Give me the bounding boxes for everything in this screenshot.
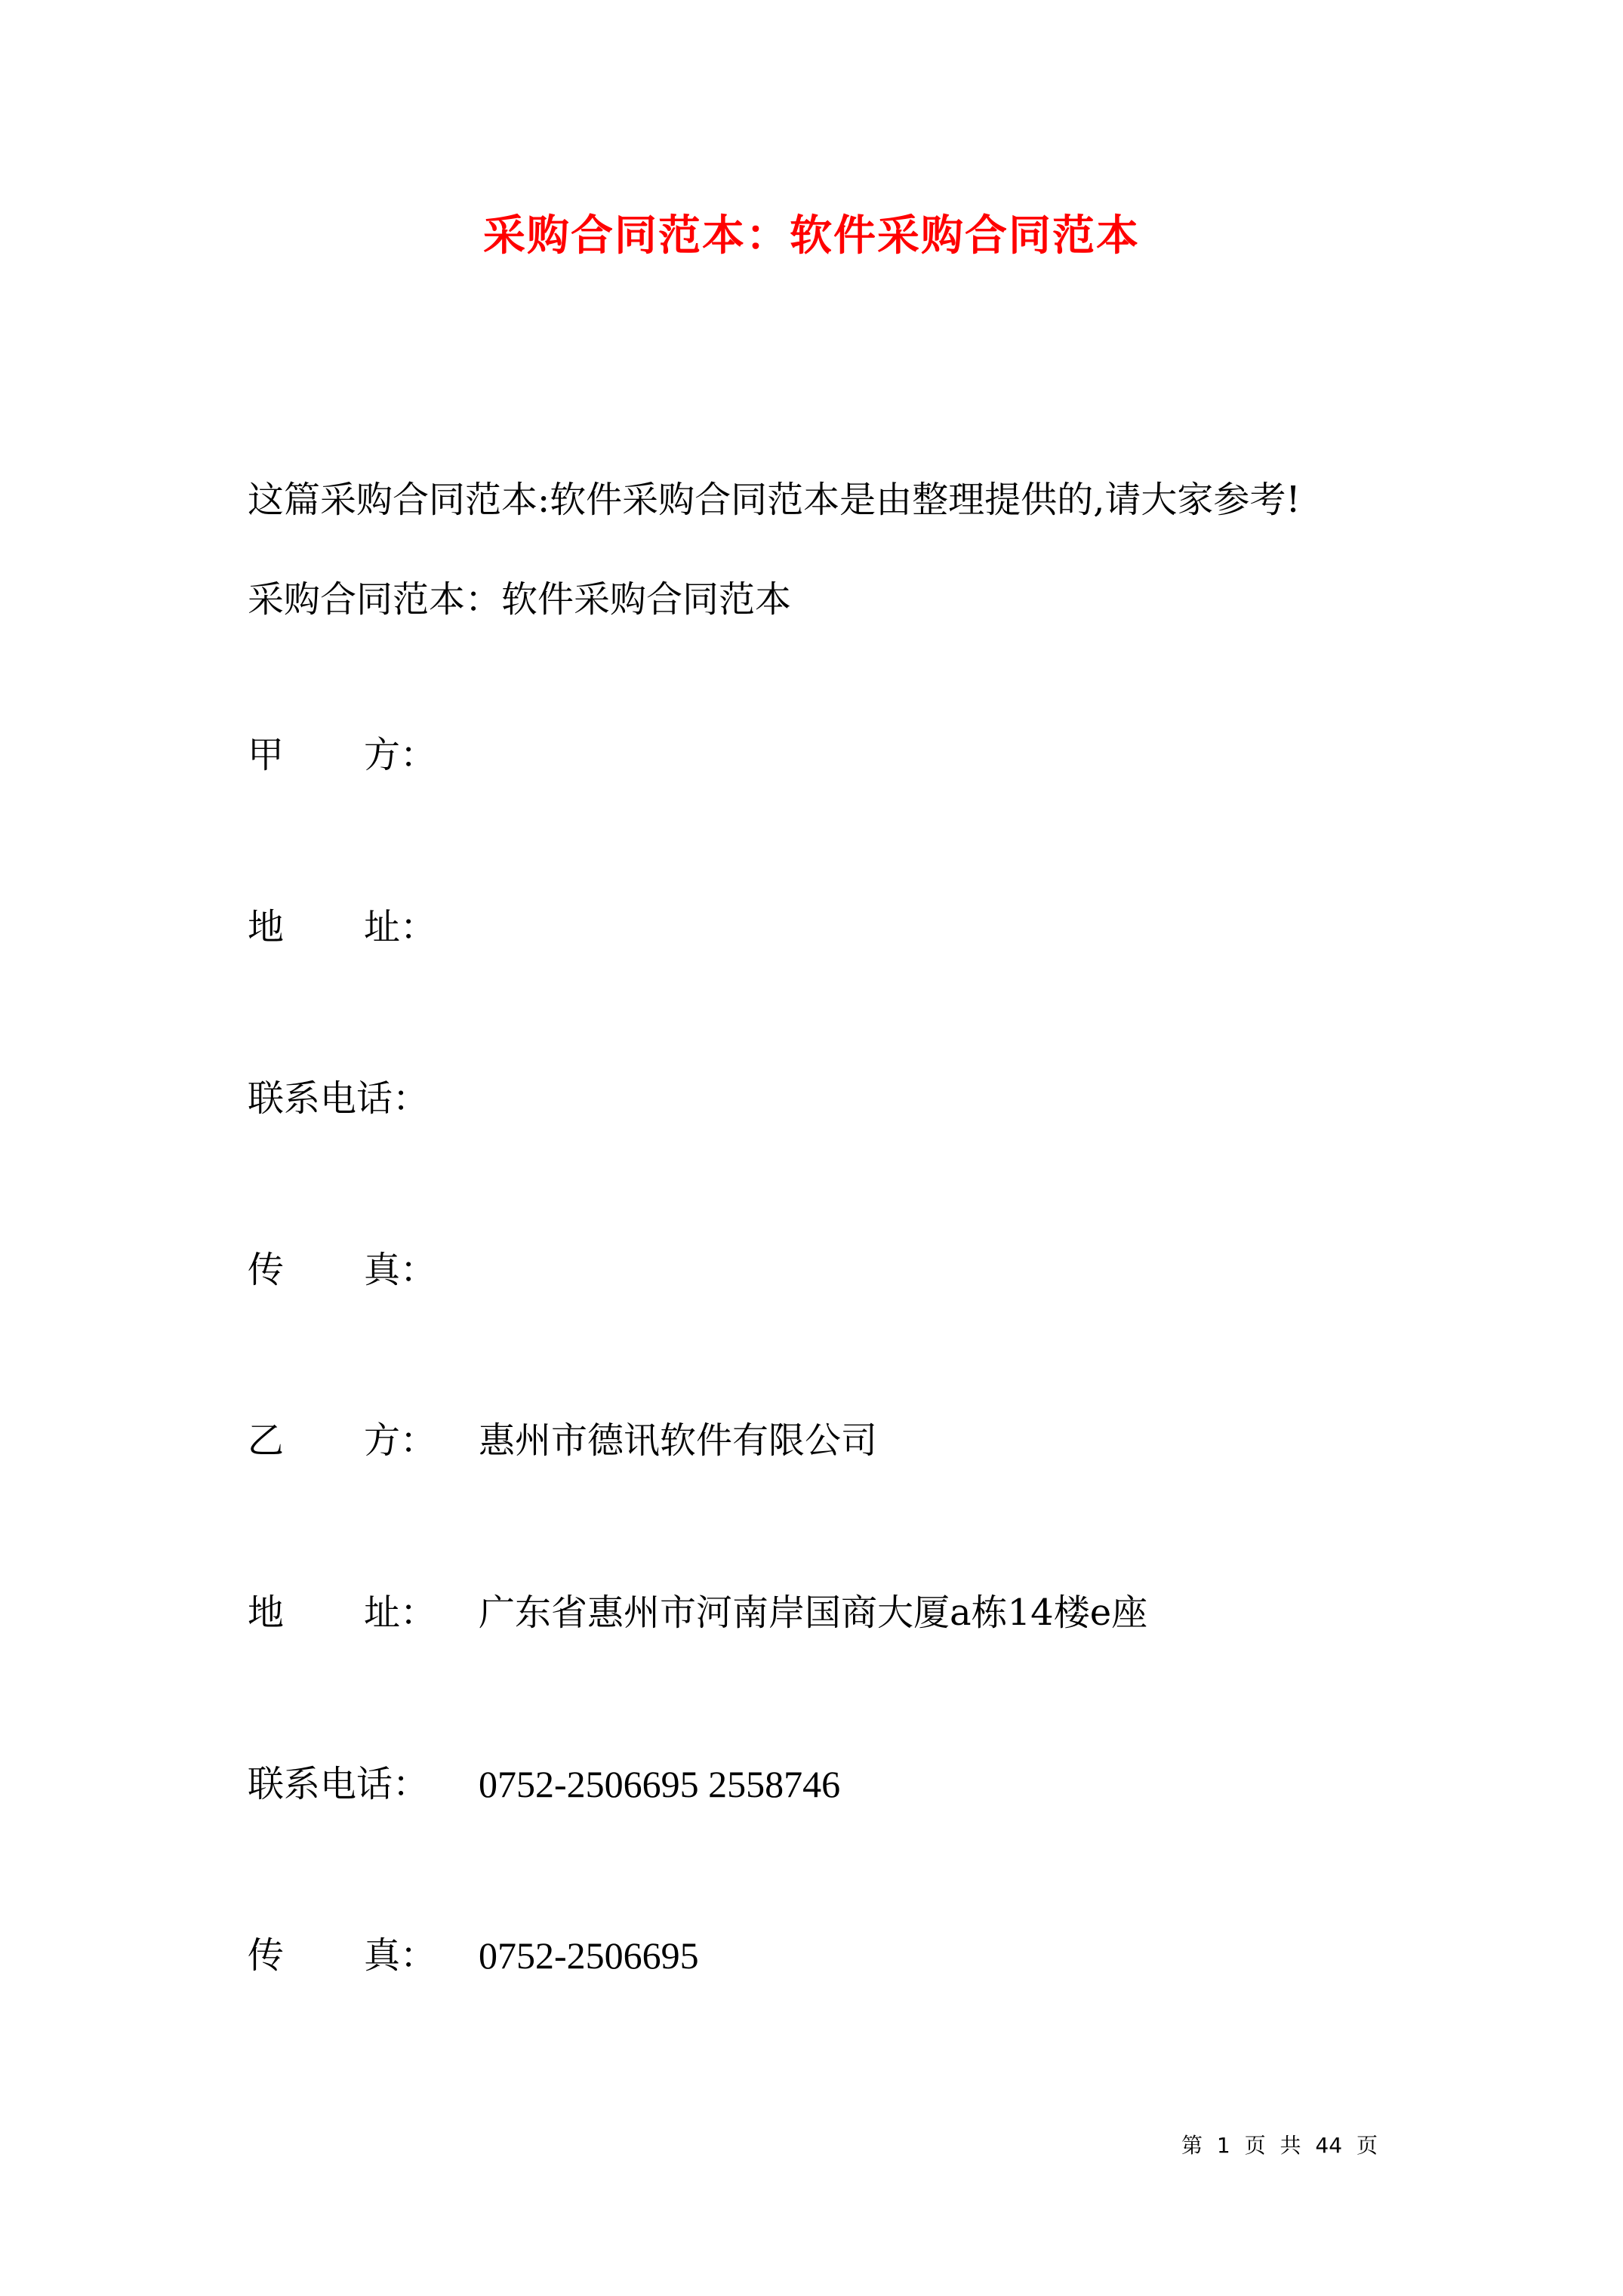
document-title: 采购合同范本：软件采购合同范本 bbox=[0, 208, 1623, 263]
party-b-phone-value: 0752-2506695 2558746 bbox=[479, 1761, 840, 1807]
party-b-name-value: 惠州市德讯软件有限公司 bbox=[479, 1418, 877, 1463]
party-b-phone-label: 联系电话： bbox=[248, 1761, 429, 1807]
party-a-phone-label: 联系电话： bbox=[248, 1076, 429, 1121]
intro-line-1: 这篇采购合同范本:软件采购合同范本是由整理提供的,请大家参考! bbox=[248, 477, 1301, 522]
party-b-fax-value: 0752-2506695 bbox=[479, 1933, 699, 1978]
page-number: 第 1 页 共 44 页 bbox=[1181, 2131, 1378, 2161]
intro-line-2: 采购合同范本：软件采购合同范本 bbox=[248, 577, 791, 622]
party-b-address-value: 广东省惠州市河南岸国商大厦a栋14楼e座 bbox=[479, 1590, 1147, 1635]
